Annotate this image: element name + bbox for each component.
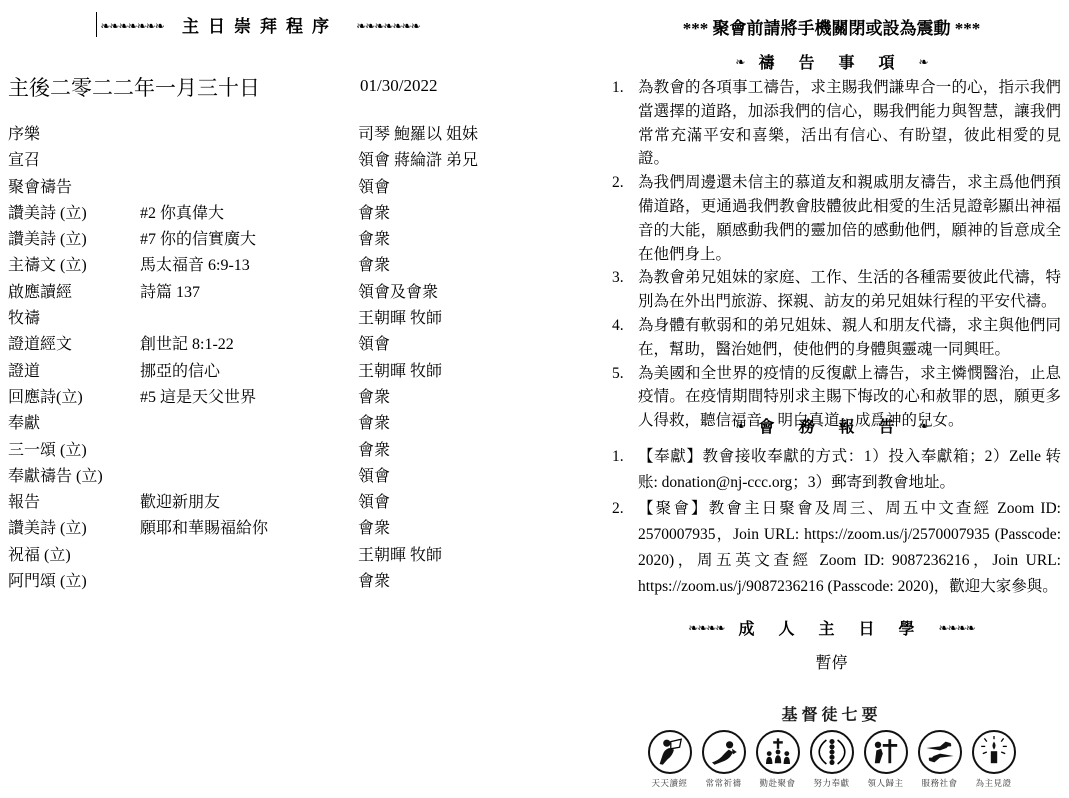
program-header: ❧❧❧❧❧❧❧ 主日崇拜程序 ❧❧❧❧❧❧❧ bbox=[40, 12, 480, 37]
program-row: 阿門頌 (立) 會衆 bbox=[0, 569, 598, 595]
praying-icon bbox=[702, 730, 746, 774]
program-row: 證道 挪亞的信心 王朝暉 牧師 bbox=[0, 359, 598, 385]
prayer-item: 1. 為教會的各項事工禱告，求主賜我們謙卑合一的心，指示我們當選擇的道路，加添我… bbox=[612, 76, 1061, 171]
program-item-label: 宣召 bbox=[8, 148, 140, 174]
program-row: 啟應讀經 詩篇 137 領會及會衆 bbox=[0, 280, 598, 306]
date-row: 主後二零二二年一月三十日 01/30/2022 bbox=[0, 72, 598, 102]
affairs-items-list: 1. 【奉獻】教會接收奉獻的方式：1）投入奉獻箱；2）Zelle 转账: don… bbox=[598, 444, 1065, 600]
program-item-label: 讚美詩 (立) bbox=[8, 201, 140, 227]
essential-offering: 努力奉獻 bbox=[807, 730, 857, 789]
date-numeric: 01/30/2022 bbox=[360, 76, 437, 96]
program-item-role: 會衆 bbox=[358, 201, 598, 227]
swirl-ornament: ❧❧❧❧ bbox=[939, 621, 975, 635]
program-row: 讚美詩 (立) #7 你的信實廣大 會衆 bbox=[0, 227, 598, 253]
worship-program-column: ❧❧❧❧❧❧❧ 主日崇拜程序 ❧❧❧❧❧❧❧ 主後二零二二年一月三十日 01/3… bbox=[0, 0, 598, 798]
program-item-role: 王朝暉 牧師 bbox=[358, 543, 598, 569]
gathering-cross-icon bbox=[756, 730, 800, 774]
program-item-detail bbox=[140, 122, 358, 148]
program-item-role: 會衆 bbox=[358, 569, 598, 595]
church-bulletin-page: ❧❧❧❧❧❧❧ 主日崇拜程序 ❧❧❧❧❧❧❧ 主後二零二二年一月三十日 01/3… bbox=[0, 0, 1069, 798]
program-item-role: 領會 bbox=[358, 490, 598, 516]
program-row: 牧禱 王朝暉 牧師 bbox=[0, 306, 598, 332]
program-item-detail: 挪亞的信心 bbox=[140, 359, 358, 385]
program-row: 奉獻禱告 (立) 領會 bbox=[0, 464, 598, 490]
program-row: 回應詩(立) #5 這是天父世界 會衆 bbox=[0, 385, 598, 411]
program-item-label: 讚美詩 (立) bbox=[8, 227, 140, 253]
program-item-label: 證道 bbox=[8, 359, 140, 385]
icon-label: 為主見證 bbox=[975, 777, 1011, 789]
candle-witness-icon bbox=[972, 730, 1016, 774]
program-item-label: 主禱文 (立) bbox=[8, 253, 140, 279]
program-item-role: 會衆 bbox=[358, 411, 598, 437]
prayer-section-title: 禱 告 事 項 bbox=[758, 55, 904, 72]
affairs-section-title: 會 務 報 告 bbox=[758, 419, 904, 436]
program-row: 奉獻 會衆 bbox=[0, 411, 598, 437]
program-item-detail bbox=[140, 438, 358, 464]
program-item-role: 領會 bbox=[358, 332, 598, 358]
program-item-label: 報告 bbox=[8, 490, 140, 516]
prayer-items-list: 1. 為教會的各項事工禱告，求主賜我們謙卑合一的心，指示我們當選擇的道路，加添我… bbox=[598, 76, 1065, 433]
program-item-role: 王朝暉 牧師 bbox=[358, 359, 598, 385]
program-item-label: 聚會禱告 bbox=[8, 175, 140, 201]
prayer-item: 2. 為我們周邊還未信主的慕道友和親戚朋友禱告，求主爲他們預備道路，更通過我們教… bbox=[612, 171, 1061, 266]
program-item-label: 三一頌 (立) bbox=[8, 438, 140, 464]
swirl-ornament: ❧❧❧❧ bbox=[688, 621, 724, 635]
essential-pray-often: 常常祈禱 bbox=[699, 730, 749, 789]
program-table: 序樂 司琴 鮑羅以 姐妹 宣召 領會 蔣綸滸 弟兄 聚會禱告 領會 bbox=[0, 122, 598, 595]
program-item-role: 領會 蔣綸滸 弟兄 bbox=[358, 148, 598, 174]
program-row: 宣召 領會 蔣綸滸 弟兄 bbox=[0, 148, 598, 174]
program-item-detail: 歡迎新朋友 bbox=[140, 490, 358, 516]
program-item-role: 會衆 bbox=[358, 438, 598, 464]
affairs-item: 1. 【奉獻】教會接收奉獻的方式：1）投入奉獻箱；2）Zelle 转账: don… bbox=[612, 444, 1061, 496]
program-item-detail bbox=[140, 175, 358, 201]
sunday-school-title: 成 人 主 日 學 bbox=[738, 621, 924, 638]
program-row: 讚美詩 (立) #2 你真偉大 會衆 bbox=[0, 201, 598, 227]
swirl-ornament: ❧ bbox=[735, 419, 744, 433]
program-row: 主禱文 (立) 馬太福音 6:9-13 會衆 bbox=[0, 253, 598, 279]
affairs-item-text: 【奉獻】教會接收奉獻的方式：1）投入奉獻箱；2）Zelle 转账: donati… bbox=[638, 444, 1061, 496]
icon-label: 領人歸主 bbox=[867, 777, 903, 789]
offering-fish-coins-icon bbox=[810, 730, 854, 774]
reading-icon bbox=[648, 730, 692, 774]
swirl-ornament-right: ❧❧❧❧❧❧❧ bbox=[356, 19, 419, 33]
program-item-detail bbox=[140, 306, 358, 332]
program-item-role: 領會及會衆 bbox=[358, 280, 598, 306]
program-item-label: 阿門頌 (立) bbox=[8, 569, 140, 595]
program-item-detail bbox=[140, 543, 358, 569]
prayer-item-text: 為身體有軟弱和的弟兄姐妹、親人和朋友代禱，求主與他們同在，幫助，醫治她們，使他們… bbox=[638, 314, 1061, 362]
essential-read-scripture: 天天讀經 bbox=[645, 730, 695, 789]
program-item-detail: 願耶和華賜福給你 bbox=[140, 516, 358, 542]
program-item-label: 牧禱 bbox=[8, 306, 140, 332]
program-item-label: 啟應讀經 bbox=[8, 280, 140, 306]
item-number: 1. bbox=[612, 76, 638, 171]
program-item-label: 回應詩(立) bbox=[8, 385, 140, 411]
essential-lead-to-lord: 領人歸主 bbox=[861, 730, 911, 789]
announcements-column: *** 聚會前請將手機關閉或設為震動 *** ❧ 禱 告 事 項 ❧ 1. 為教… bbox=[598, 0, 1065, 798]
essential-witness: 為主見證 bbox=[969, 730, 1019, 789]
sunday-school-header: ❧❧❧❧ 成 人 主 日 學 ❧❧❧❧ bbox=[598, 616, 1065, 639]
program-item-detail: #2 你真偉大 bbox=[140, 201, 358, 227]
item-number: 2. bbox=[612, 496, 638, 600]
program-row: 三一頌 (立) 會衆 bbox=[0, 438, 598, 464]
program-item-detail: #5 這是天父世界 bbox=[140, 385, 358, 411]
program-item-label: 奉獻禱告 (立) bbox=[8, 464, 140, 490]
program-row: 證道經文 創世記 8:1-22 領會 bbox=[0, 332, 598, 358]
phone-silence-notice: *** 聚會前請將手機關閉或設為震動 *** bbox=[598, 14, 1065, 39]
icon-label: 勤赴聚會 bbox=[759, 777, 795, 789]
swirl-ornament: ❧ bbox=[735, 55, 744, 69]
item-number: 4. bbox=[612, 314, 638, 362]
program-item-detail: 馬太福音 6:9-13 bbox=[140, 253, 358, 279]
program-item-label: 證道經文 bbox=[8, 332, 140, 358]
swirl-ornament-left: ❧❧❧❧❧❧❧ bbox=[100, 19, 163, 33]
program-item-role: 會衆 bbox=[358, 253, 598, 279]
prayer-item-text: 為我們周邊還未信主的慕道友和親戚朋友禱告，求主爲他們預備道路，更通過我們教會肢體… bbox=[638, 171, 1061, 266]
program-item-role: 領會 bbox=[358, 175, 598, 201]
program-item-detail: 詩篇 137 bbox=[140, 280, 358, 306]
program-item-role: 會衆 bbox=[358, 516, 598, 542]
program-item-detail bbox=[140, 411, 358, 437]
program-item-detail: #7 你的信實廣大 bbox=[140, 227, 358, 253]
essential-serve-society: 服務社會 bbox=[915, 730, 965, 789]
prayer-item: 4. 為身體有軟弱和的弟兄姐妹、親人和朋友代禱，求主與他們同在，幫助，醫治她們，… bbox=[612, 314, 1061, 362]
page-title: 主日崇拜程序 bbox=[182, 17, 338, 36]
program-row: 聚會禱告 領會 bbox=[0, 175, 598, 201]
date-chinese: 主後二零二二年一月三十日 bbox=[8, 72, 260, 102]
essential-attend-meetings: 勤赴聚會 bbox=[753, 730, 803, 789]
swirl-ornament: ❧ bbox=[919, 419, 928, 433]
program-item-detail: 創世記 8:1-22 bbox=[140, 332, 358, 358]
sunday-school-status: 暫停 bbox=[598, 650, 1065, 673]
affairs-section-header: ❧ 會 務 報 告 ❧ bbox=[598, 414, 1065, 437]
prayer-section-header: ❧ 禱 告 事 項 ❧ bbox=[598, 50, 1065, 73]
item-number: 3. bbox=[612, 266, 638, 314]
prayer-item-text: 為教會弟兄姐妹的家庭、工作、生活的各種需要彼此代禱，特別為在外出門旅游、探親、訪… bbox=[638, 266, 1061, 314]
logo-icons-row: 天天讀經 常常祈禱 勤赴聚會 bbox=[598, 730, 1065, 789]
affairs-item-text: 【聚會】教會主日聚會及周三、周五中文查經 Zoom ID: 2570007935… bbox=[638, 496, 1061, 600]
program-row: 讚美詩 (立) 願耶和華賜福給你 會衆 bbox=[0, 516, 598, 542]
icon-label: 天天讀經 bbox=[651, 777, 687, 789]
item-number: 1. bbox=[612, 444, 638, 496]
logo-title: 基督徒七要 bbox=[598, 702, 1065, 725]
program-item-role: 會衆 bbox=[358, 227, 598, 253]
prayer-item-text: 為教會的各項事工禱告，求主賜我們謙卑合一的心，指示我們當選擇的道路，加添我們的信… bbox=[638, 76, 1061, 171]
program-item-role: 司琴 鮑羅以 姐妹 bbox=[358, 122, 598, 148]
program-item-label: 序樂 bbox=[8, 122, 140, 148]
program-item-detail bbox=[140, 464, 358, 490]
evangelism-icon bbox=[864, 730, 908, 774]
program-item-label: 祝福 (立) bbox=[8, 543, 140, 569]
icon-label: 服務社會 bbox=[921, 777, 957, 789]
program-item-label: 奉獻 bbox=[8, 411, 140, 437]
icon-label: 常常祈禱 bbox=[705, 777, 741, 789]
item-number: 2. bbox=[612, 171, 638, 266]
affairs-item: 2. 【聚會】教會主日聚會及周三、周五中文查經 Zoom ID: 2570007… bbox=[612, 496, 1061, 600]
program-item-detail bbox=[140, 569, 358, 595]
program-row: 報告 歡迎新朋友 領會 bbox=[0, 490, 598, 516]
program-row: 序樂 司琴 鮑羅以 姐妹 bbox=[0, 122, 598, 148]
program-row: 祝福 (立) 王朝暉 牧師 bbox=[0, 543, 598, 569]
icon-label: 努力奉獻 bbox=[813, 777, 849, 789]
program-item-label: 讚美詩 (立) bbox=[8, 516, 140, 542]
program-item-role: 領會 bbox=[358, 464, 598, 490]
seven-essentials-logo: 基督徒七要 天天讀經 常常祈禱 bbox=[598, 702, 1065, 789]
swirl-ornament: ❧ bbox=[919, 55, 928, 69]
serving-hands-icon bbox=[918, 730, 962, 774]
program-item-role: 會衆 bbox=[358, 385, 598, 411]
prayer-item: 3. 為教會弟兄姐妹的家庭、工作、生活的各種需要彼此代禱，特別為在外出門旅游、探… bbox=[612, 266, 1061, 314]
program-item-role: 王朝暉 牧師 bbox=[358, 306, 598, 332]
program-item-detail bbox=[140, 148, 358, 174]
